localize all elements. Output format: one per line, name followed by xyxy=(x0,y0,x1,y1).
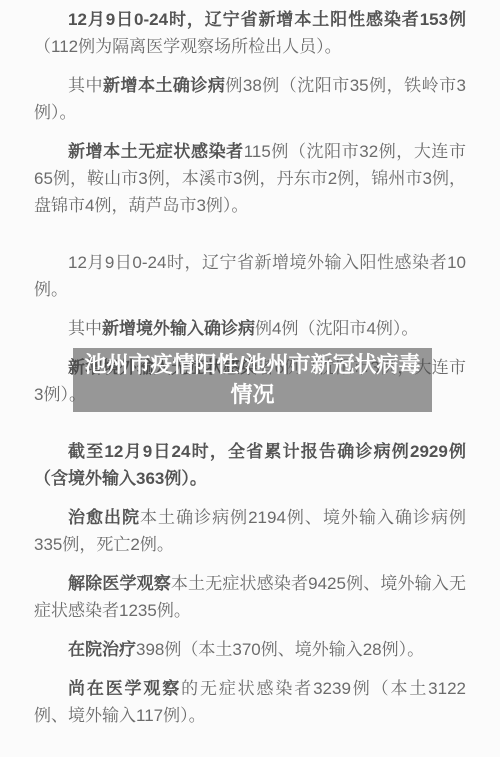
paragraph: 新增本土无症状感染者115例（沈阳市32例，大连市65例，鞍山市3例，本溪市3例… xyxy=(34,138,466,219)
paragraph: 治愈出院本土确诊病例2194例、境外输入确诊病例335例，死亡2例。 xyxy=(34,504,466,558)
paragraph: 在院治疗398例（本土370例、境外输入28例）。 xyxy=(34,636,466,663)
paragraph: 其中新增境外输入确诊病例4例（沈阳市4例）。 xyxy=(34,315,466,342)
text-segment: 其中 xyxy=(68,76,103,95)
paragraph: 尚在医学观察的无症状感染者3239例（本土3122例、境外输入117例）。 xyxy=(34,675,466,729)
article-page: 12月9日0-24时，辽宁省新增本土阳性感染者153例（112例为隔离医学观察场… xyxy=(0,0,500,757)
text-segment: （112例为隔离医学观察场所检出人员）。 xyxy=(34,37,342,56)
text-segment: 例4例（沈阳市4例）。 xyxy=(255,319,418,338)
paragraph: 解除医学观察本土无症状感染者9425例、境外输入无症状感染者1235例。 xyxy=(34,570,466,624)
bold-text-segment: 治愈出院 xyxy=(68,508,140,527)
bold-text-segment: 新增本土无症状感染者 xyxy=(68,142,244,161)
text-segment: 12月9日0-24时，辽宁省新增境外输入阳性感染者10例。 xyxy=(34,253,466,299)
bold-text-segment: 新增本土确诊病 xyxy=(103,76,225,95)
bold-text-segment: 新增境外输入确诊病 xyxy=(102,319,255,338)
watermark-title-text: 池州市疫情阳性/池州市新冠状病毒情况 xyxy=(84,352,420,407)
bold-text-segment: 尚在医学观察 xyxy=(68,679,181,698)
bold-text-segment: 截至12月9日24时，全省累计报告确诊病例2929例（含境外输入363例）。 xyxy=(34,442,466,488)
text-segment: 398例（本土370例、境外输入28例）。 xyxy=(136,640,424,659)
paragraph: 12月9日0-24时，辽宁省新增境外输入阳性感染者10例。 xyxy=(34,249,466,303)
paragraph: 截至12月9日24时，全省累计报告确诊病例2929例（含境外输入363例）。 xyxy=(34,438,466,492)
bold-text-segment: 解除医学观察 xyxy=(68,574,171,593)
bold-text-segment: 12月9日0-24时，辽宁省新增本土阳性感染者153例 xyxy=(68,10,466,29)
paragraph: 12月9日0-24时，辽宁省新增本土阳性感染者153例（112例为隔离医学观察场… xyxy=(34,6,466,60)
bold-text-segment: 在院治疗 xyxy=(68,640,136,659)
text-segment: 其中 xyxy=(68,319,102,338)
watermark-title-box: 池州市疫情阳性/池州市新冠状病毒情况 xyxy=(73,348,432,412)
paragraph: 其中新增本土确诊病例38例（沈阳市35例，铁岭市3例）。 xyxy=(34,72,466,126)
